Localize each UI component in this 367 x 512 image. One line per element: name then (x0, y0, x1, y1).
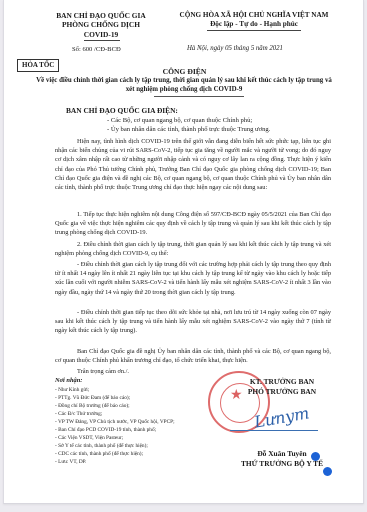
nation-name: CỘNG HÒA XÃ HỘI CHỦ NGHĨA VIỆT NAM (164, 11, 344, 20)
body-request: Ban Chỉ đạo Quốc gia đề nghị Ủy ban nhân… (55, 347, 331, 365)
recipient-line: - Các Bộ, cơ quan ngang bộ, cơ quan thuộ… (107, 117, 252, 124)
distribution-item: - Ban Chỉ đạo PCD COVID-19 tỉnh, thành p… (55, 426, 156, 434)
distribution-item: - VP TW Đảng, VP Chủ tịch nước, VP Quốc … (55, 418, 175, 426)
body-item-2a: - Điều chỉnh thời gian cách ly tập trung… (55, 260, 331, 297)
body-intro: Hiện nay, tình hình dịch COVID-19 trên t… (55, 137, 331, 192)
national-motto: Độc lập - Tự do - Hạnh phúc (164, 20, 344, 29)
document-number: Số: 600 /CĐ-BCĐ (72, 46, 121, 53)
recipient-line: - Ủy ban nhân dân các tỉnh, thành phố tr… (107, 126, 270, 133)
sender-heading: BAN CHỈ ĐẠO QUỐC GIA ĐIỆN: (66, 106, 178, 115)
distribution-item: - PTTg. Vũ Đức Đam (để báo cáo); (55, 394, 130, 402)
distribution-item: - Lưu: VT, DP. (55, 458, 86, 466)
selection-start-handle[interactable] (311, 452, 320, 461)
distribution-item: - Như Kính gửi; (55, 386, 89, 394)
signer-name[interactable]: Đỗ Xuân Tuyên (222, 449, 342, 459)
distribution-heading: Nơi nhận: (55, 377, 82, 384)
divider (207, 30, 301, 31)
signature-underline (230, 430, 318, 431)
body-closing: Trân trọng cảm ơn./. (55, 367, 331, 376)
signer-details[interactable]: Đỗ Xuân Tuyên THỨ TRƯỞNG BỘ Y TẾ (222, 449, 342, 469)
agency-line: PHÒNG CHỐNG DỊCH (42, 20, 160, 29)
place-date: Hà Nội, ngày 05 tháng 5 năm 2021 (187, 45, 283, 52)
distribution-item: - Đồng chí Bộ trưởng (để báo cáo); (55, 402, 130, 410)
agency-line: COVID-19 (42, 30, 160, 39)
distribution-item: - Các Đ/c Thứ trưởng; (55, 410, 102, 418)
document-subtitle: Về việc điều chỉnh thời gian cách ly tập… (34, 76, 334, 94)
document-title: CÔNG ĐIỆN (4, 67, 364, 76)
national-header: CỘNG HÒA XÃ HỘI CHỦ NGHĨA VIỆT NAM Độc l… (164, 11, 344, 30)
body-item-1: 1. Tiếp tục thực hiện nghiêm nội dung Cô… (55, 210, 331, 238)
distribution-item: - CDC các tỉnh, thành phố (để thực hiện)… (55, 450, 143, 458)
issuing-agency: BAN CHỈ ĐẠO QUỐC GIA PHÒNG CHỐNG DỊCH CO… (42, 11, 160, 39)
selection-end-handle[interactable] (323, 467, 332, 476)
divider (84, 40, 120, 41)
on-behalf-label: KT. TRƯỞNG BAN (222, 377, 342, 387)
document-page: BAN CHỈ ĐẠO QUỐC GIA PHÒNG CHỐNG DỊCH CO… (3, 0, 364, 504)
distribution-item: - Sở Y tế các tỉnh, thành phố (để thực h… (55, 442, 148, 450)
divider (154, 96, 244, 97)
body-item-2b: - Điều chỉnh thời gian tiếp tục theo dõi… (55, 308, 331, 336)
signer-role: PHÓ TRƯỞNG BAN (222, 387, 342, 397)
signing-authority: KT. TRƯỞNG BAN PHÓ TRƯỞNG BAN (222, 377, 342, 397)
distribution-item: - Các Viện VSDT, Viện Pasteur; (55, 434, 123, 442)
agency-line: BAN CHỈ ĐẠO QUỐC GIA (42, 11, 160, 20)
body-item-2: 2. Điều chỉnh thời gian cách ly tập trun… (55, 240, 331, 258)
